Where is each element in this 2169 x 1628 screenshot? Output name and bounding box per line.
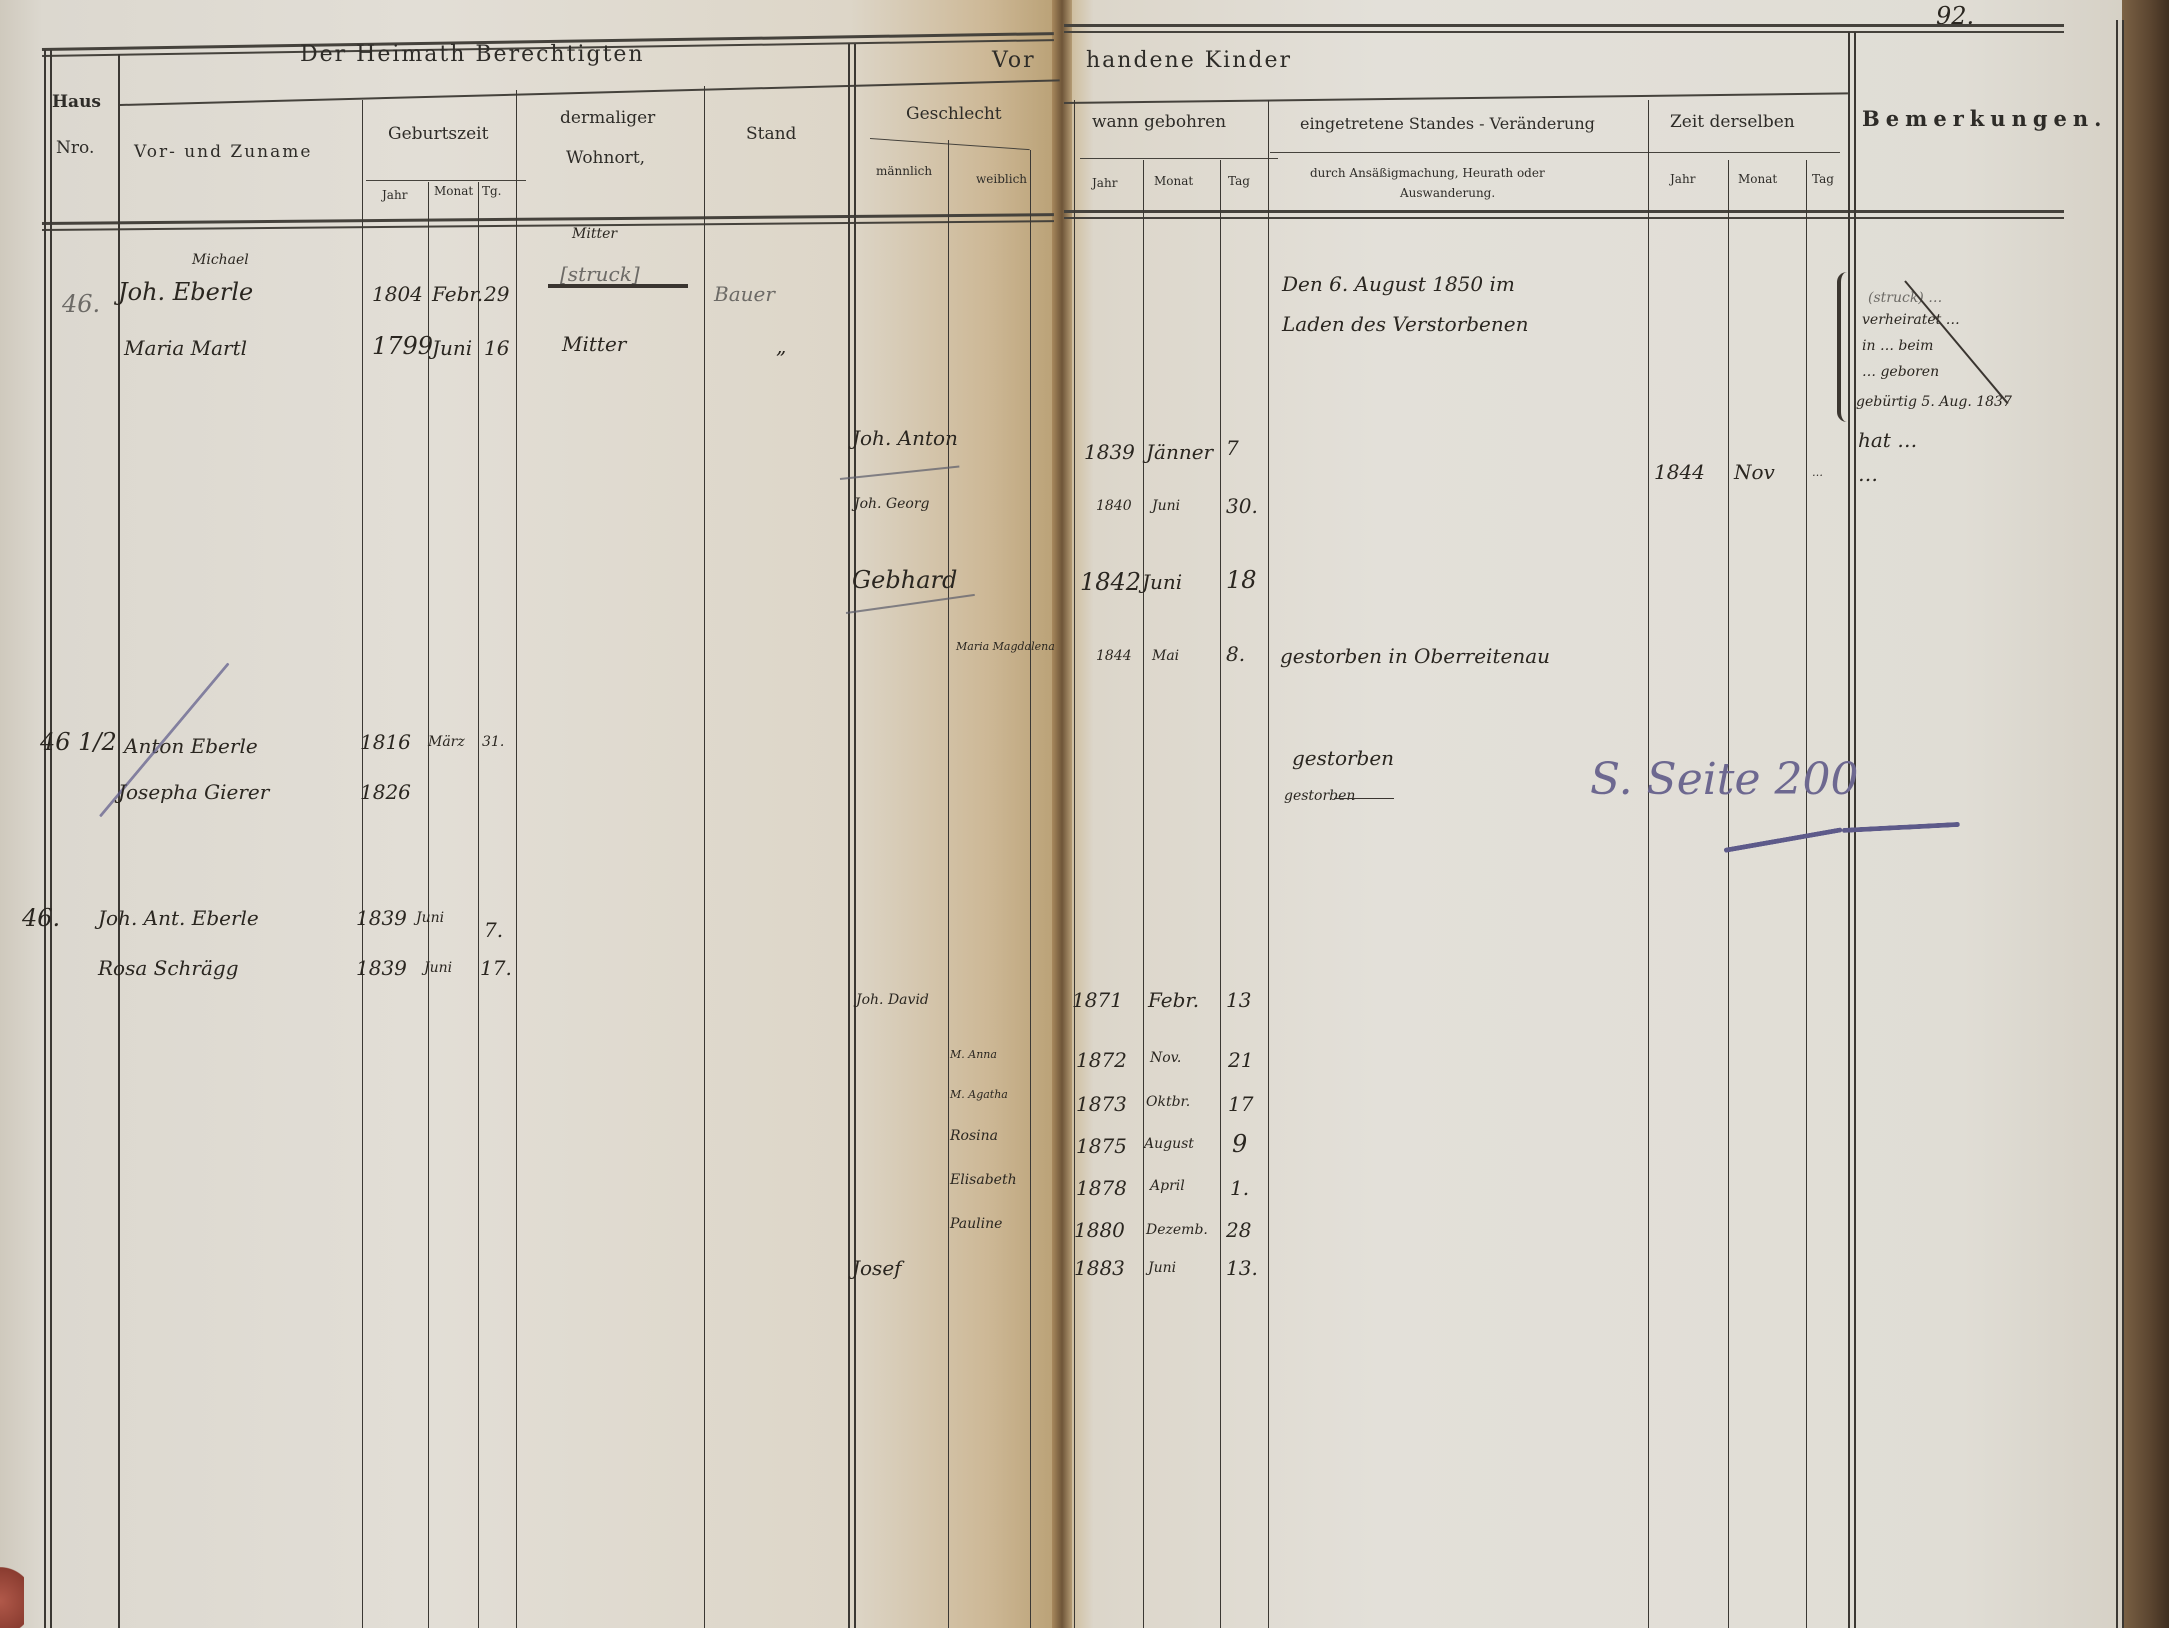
header-z-jahr: Jahr <box>1670 172 1695 186</box>
child1-z-monat: Nov <box>1734 460 1775 484</box>
header-bottom-rule-right <box>1064 210 2064 219</box>
col-line-z-monat <box>1728 160 1729 1628</box>
bemerkung-line3: in … beim <box>1862 338 1933 354</box>
col-line-weiblich <box>948 140 949 1628</box>
entry1-person2-tag: 16 <box>484 336 509 360</box>
child4-tag: 8. <box>1226 642 1245 666</box>
child-jd-jahr: 1871 <box>1072 988 1123 1012</box>
entry1-name-note: Michael <box>192 252 249 268</box>
header-stand: Stand <box>746 124 796 144</box>
wohnort-strikethrough <box>548 284 688 288</box>
header-nro: Nro. <box>56 138 94 158</box>
entry1-person2-monat: Juni <box>432 336 472 360</box>
entry1-wohnort-note: Mitter <box>572 226 617 242</box>
child-pa-jahr: 1880 <box>1074 1218 1125 1242</box>
header-geburtszeit: Geburtszeit <box>388 124 488 144</box>
entry2-person1-name: Anton Eberle <box>124 734 258 758</box>
child2-name: Joh. Georg <box>854 496 930 512</box>
kinder-sub-rule <box>1080 158 1278 159</box>
header-handene-kinder: handene Kinder <box>1086 48 1292 73</box>
child1-z-jahr: 1844 <box>1654 460 1705 484</box>
child-pa-monat: Dezemb. <box>1146 1222 1208 1238</box>
entry3-person2-tag: 17. <box>480 956 512 980</box>
col-line-wohnort <box>516 90 517 1628</box>
header-vor: Vor <box>992 48 1036 73</box>
right-page <box>1062 0 2122 1628</box>
child-jo-tag: 13. <box>1226 1256 1258 1280</box>
child2-monat: Juni <box>1152 498 1180 514</box>
child-el-jahr: 1878 <box>1076 1176 1127 1200</box>
col-line-geschlecht <box>848 44 856 1628</box>
child-mag-name: M. Agatha <box>950 1088 1008 1101</box>
entry1-person1-name: Joh. Eberle <box>118 278 253 306</box>
col-line-veraenderung <box>1268 100 1269 1628</box>
veraenderung-sub-rule <box>1270 152 1840 153</box>
child3-tag: 18 <box>1226 566 1257 594</box>
entry2-person1-tag: 31. <box>482 734 504 750</box>
child4-jahr: 1844 <box>1096 648 1132 664</box>
col-line-stand <box>704 86 705 1628</box>
entry1-person2-wohnort: Mitter <box>562 332 626 356</box>
child2-tag: 30. <box>1226 494 1258 518</box>
entry1-wohnort-struck: [struck] <box>560 262 640 286</box>
child1-name: Joh. Anton <box>852 426 958 450</box>
child1-z-tag: … <box>1812 466 1823 479</box>
col-line-right-border <box>2116 20 2124 1628</box>
child-ma-jahr: 1872 <box>1076 1048 1127 1072</box>
top-rule-right <box>1064 24 2064 33</box>
header-k-tag: Tag <box>1228 174 1250 188</box>
bemerkung-line1: (struck) … <box>1868 290 1942 306</box>
child-el-name: Elisabeth <box>950 1172 1017 1188</box>
child-jd-tag: 13 <box>1226 988 1251 1012</box>
entry1-person2-jahr: 1799 <box>372 332 433 360</box>
col-line-z-tag <box>1806 160 1807 1628</box>
header-bemerkungen: Bemerkungen. <box>1862 106 2107 131</box>
entry1-stand: Bauer <box>714 282 775 306</box>
entry2-person1-monat: März <box>428 734 465 750</box>
bemerkung-line6: hat … <box>1858 428 1917 452</box>
book-spine <box>1052 0 1072 1628</box>
entry1-person2-name: Maria Martl <box>124 336 247 360</box>
child1-tag: 7 <box>1226 436 1239 460</box>
entry2-haus-nr: 46 1/2 <box>40 728 117 756</box>
entry3-person2-monat: Juni <box>424 960 452 976</box>
child-pa-name: Pauline <box>950 1216 1002 1232</box>
col-line-zeit <box>1648 100 1649 1628</box>
child1-jahr: 1839 <box>1084 440 1135 464</box>
bemerkungen-brace <box>1837 272 1853 422</box>
entry3-haus-nr: 46. <box>22 904 60 932</box>
header-veraenderung-sub-1: durch Ansäßigmachung, Heurath oder <box>1310 166 1545 180</box>
header-tag: Tg. <box>482 184 502 198</box>
bemerkung-line4: … geboren <box>1862 364 1939 380</box>
col-line-border <box>44 50 52 1628</box>
child-ma-name: M. Anna <box>950 1048 997 1061</box>
entry1-person2-stand: „ <box>776 334 786 358</box>
entry3-person1-name: Joh. Ant. Eberle <box>98 906 259 930</box>
entry2-veraenderung-2: gestorben <box>1284 788 1355 804</box>
bemerkung-line5: gebürtig 5. Aug. 1837 <box>1856 394 2012 410</box>
entry2-person1-jahr: 1816 <box>360 730 411 754</box>
header-wohnort-line1: dermaliger <box>560 108 655 128</box>
child-ma-tag: 21 <box>1228 1048 1253 1072</box>
entry3-person2-name: Rosa Schrägg <box>98 956 239 980</box>
header-k-monat: Monat <box>1154 174 1193 188</box>
col-line-jahr <box>362 100 363 1628</box>
col-line-page-end <box>1030 150 1031 1628</box>
entry3-person1-jahr: 1839 <box>356 906 407 930</box>
entry2-person2-name: Josepha Gierer <box>118 780 269 804</box>
child4-name: Maria Magdalena <box>956 640 1055 653</box>
cross-reference-stamp: S. Seite 200 <box>1590 754 1859 805</box>
header-k-jahr: Jahr <box>1092 176 1117 190</box>
child3-monat: Juni <box>1142 570 1182 594</box>
child-mag-tag: 17 <box>1228 1092 1253 1116</box>
col-line-monat <box>428 182 429 1628</box>
entry3-person1-tag: 7. <box>484 918 503 942</box>
header-maennlich: männlich <box>876 164 932 178</box>
col-line-k-monat <box>1143 160 1144 1628</box>
header-monat: Monat <box>434 184 473 198</box>
entry1-veraenderung-line2: Laden des Verstorbenen <box>1282 312 1528 336</box>
child3-jahr: 1842 <box>1080 568 1141 596</box>
header-weiblich: weiblich <box>976 172 1027 186</box>
header-z-monat: Monat <box>1738 172 1777 186</box>
child-jo-jahr: 1883 <box>1074 1256 1125 1280</box>
col-line-tag <box>478 182 479 1628</box>
geburtszeit-sub-rule <box>366 180 526 181</box>
header-z-tag: Tag <box>1812 172 1834 186</box>
col-line-kinder-start <box>1074 100 1075 1628</box>
child4-monat: Mai <box>1152 648 1179 664</box>
child-el-tag: 1. <box>1230 1176 1249 1200</box>
header-jahr: Jahr <box>382 188 407 202</box>
entry1-person1-jahr: 1804 <box>372 282 423 306</box>
child-ro-tag: 9 <box>1232 1130 1247 1158</box>
child3-name: Gebhard <box>852 566 957 594</box>
bemerkung-line2: verheiratet … <box>1862 312 1960 328</box>
book-cover-edge <box>2122 0 2169 1628</box>
header-standes-veraenderung: eingetretene Standes - Veränderung <box>1300 114 1595 133</box>
dash-line <box>1334 798 1394 799</box>
child-el-monat: April <box>1150 1178 1185 1194</box>
header-veraenderung-sub-2: Auswanderung. <box>1400 186 1495 200</box>
child-mag-jahr: 1873 <box>1076 1092 1127 1116</box>
child-ma-monat: Nov. <box>1150 1050 1181 1066</box>
child-jd-name: Joh. David <box>856 992 929 1008</box>
entry2-veraenderung-1: gestorben <box>1292 746 1394 770</box>
header-geschlecht: Geschlecht <box>906 104 1002 124</box>
child-ro-jahr: 1875 <box>1076 1134 1127 1158</box>
child-jd-monat: Febr. <box>1148 988 1199 1012</box>
header-wohnort-line2: Wohnort, <box>566 148 645 168</box>
child2-jahr: 1840 <box>1096 498 1132 514</box>
child1-monat: Jänner <box>1146 440 1213 464</box>
child-jo-monat: Juni <box>1148 1260 1176 1276</box>
entry2-person2-jahr: 1826 <box>360 780 411 804</box>
header-heimath-berechtigten: Der Heimath Berechtigten <box>300 42 645 67</box>
entry3-person1-monat: Juni <box>416 910 444 926</box>
child-pa-tag: 28 <box>1226 1218 1251 1242</box>
entry1-person1-tag: 29 <box>484 282 509 306</box>
child-ro-monat: August <box>1144 1136 1194 1152</box>
child4-veraenderung: gestorben in Oberreitenau <box>1280 644 1550 668</box>
thumb <box>0 1560 24 1628</box>
header-wann-gebohren: wann gebohren <box>1092 112 1226 132</box>
header-zeit-derselben: Zeit derselben <box>1670 112 1795 132</box>
entry1-person1-monat: Febr. <box>432 282 483 306</box>
header-haus: Haus <box>52 92 101 112</box>
child-jo-name: Josef <box>852 1256 902 1280</box>
child-mag-monat: Oktbr. <box>1146 1094 1190 1110</box>
col-line-k-tag <box>1220 160 1221 1628</box>
entry1-veraenderung-line1: Den 6. August 1850 im <box>1282 272 1515 296</box>
child-ro-name: Rosina <box>950 1128 998 1144</box>
entry3-person2-jahr: 1839 <box>356 956 407 980</box>
header-name: Vor- und Zuname <box>134 142 312 162</box>
left-page <box>0 0 1062 1628</box>
bemerkung-line7: … <box>1858 462 1878 486</box>
entry1-haus-nr: 46. <box>62 290 100 318</box>
